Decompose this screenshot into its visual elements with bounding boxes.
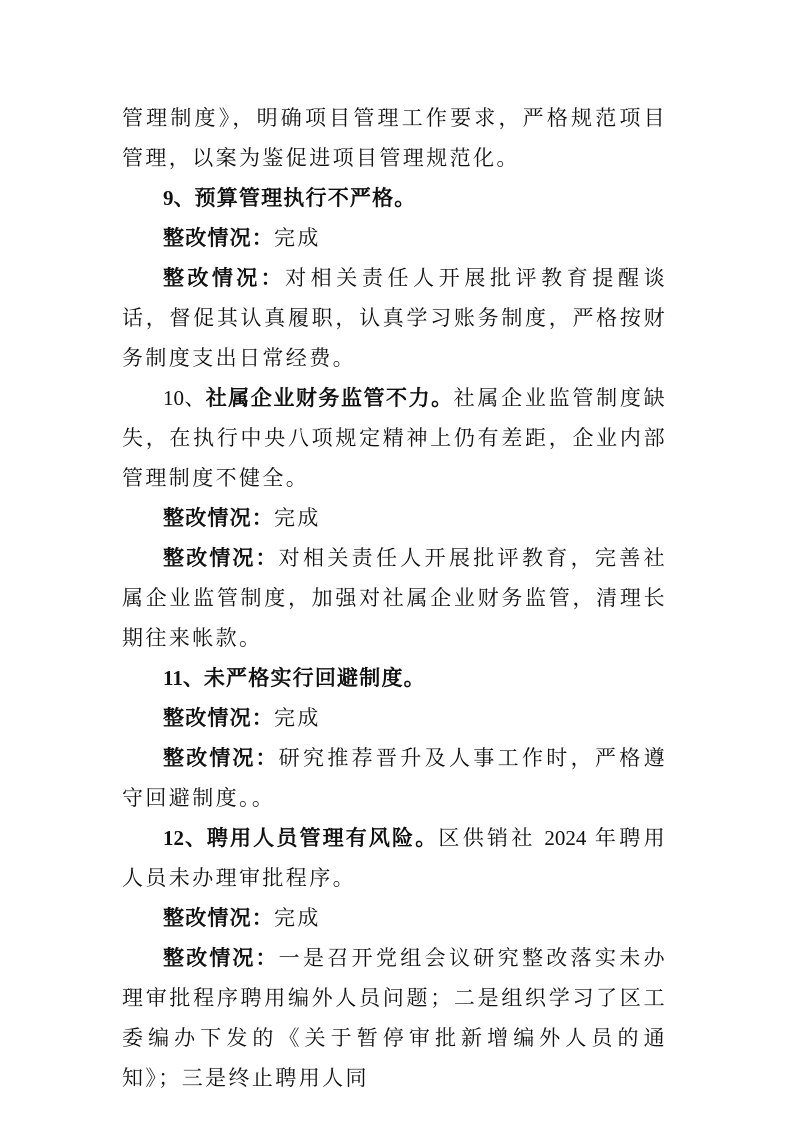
item-11-title: 未严格实行回避制度。 — [204, 666, 426, 690]
item-10-status: 整改情况：完成 — [122, 498, 667, 538]
item-11-detail-label: 整改情况： — [163, 746, 279, 770]
item-11-status-value: 完成 — [274, 706, 321, 730]
item-10-detail-label: 整改情况： — [163, 546, 279, 570]
item-9-heading: 9、预算管理执行不严格。 — [122, 178, 667, 218]
item-10-status-value: 完成 — [274, 506, 321, 530]
item-10-number: 10、 — [163, 386, 206, 410]
continuation-paragraph: 管理制度》，明确项目管理工作要求，严格规范项目管理，以案为鉴促进项目管理规范化。 — [122, 98, 667, 178]
item-9-status-label: 整改情况： — [163, 226, 274, 250]
item-11-heading: 11、未严格实行回避制度。 — [122, 658, 667, 698]
item-10-detail: 整改情况：对相关责任人开展批评教育，完善社属企业监管制度，加强对社属企业财务监管… — [122, 538, 667, 658]
item-11-status-label: 整改情况： — [163, 706, 274, 730]
item-9-title: 预算管理执行不严格。 — [195, 186, 417, 210]
item-9-detail-label: 整改情况： — [163, 266, 285, 290]
item-12-status-label: 整改情况： — [163, 906, 274, 930]
item-9-detail: 整改情况：对相关责任人开展批评教育提醒谈话，督促其认真履职，认真学习账务制度，严… — [122, 258, 667, 378]
document-page: 管理制度》，明确项目管理工作要求，严格规范项目管理，以案为鉴促进项目管理规范化。… — [122, 98, 667, 1098]
item-11-number: 11、 — [163, 666, 204, 690]
item-9-number: 9、 — [163, 186, 195, 210]
item-10-status-label: 整改情况： — [163, 506, 274, 530]
item-12-detail-label: 整改情况： — [163, 946, 279, 970]
item-11-status: 整改情况：完成 — [122, 698, 667, 738]
item-9-status-value: 完成 — [274, 226, 321, 250]
item-12-detail: 整改情况：一是召开党组会议研究整改落实未办理审批程序聘用编外人员问题；二是组织学… — [122, 938, 667, 1098]
item-9-status: 整改情况：完成 — [122, 218, 667, 258]
item-12-title: 聘用人员管理有风险。 — [207, 826, 438, 850]
item-10-title: 社属企业财务监管不力。 — [206, 386, 454, 410]
item-12-description-pre: 区供销社 — [438, 826, 544, 850]
item-12-heading: 12、聘用人员管理有风险。区供销社 2024 年聘用人员未办理审批程序。 — [122, 818, 667, 898]
item-12-status: 整改情况：完成 — [122, 898, 667, 938]
item-12-description-year: 2024 — [544, 826, 586, 850]
item-12-number: 12、 — [163, 826, 207, 850]
item-10-heading: 10、社属企业财务监管不力。社属企业监管制度缺失，在执行中央八项规定精神上仍有差… — [122, 378, 667, 498]
item-12-status-value: 完成 — [274, 906, 321, 930]
item-11-detail: 整改情况：研究推荐晋升及人事工作时，严格遵守回避制度。。 — [122, 738, 667, 818]
